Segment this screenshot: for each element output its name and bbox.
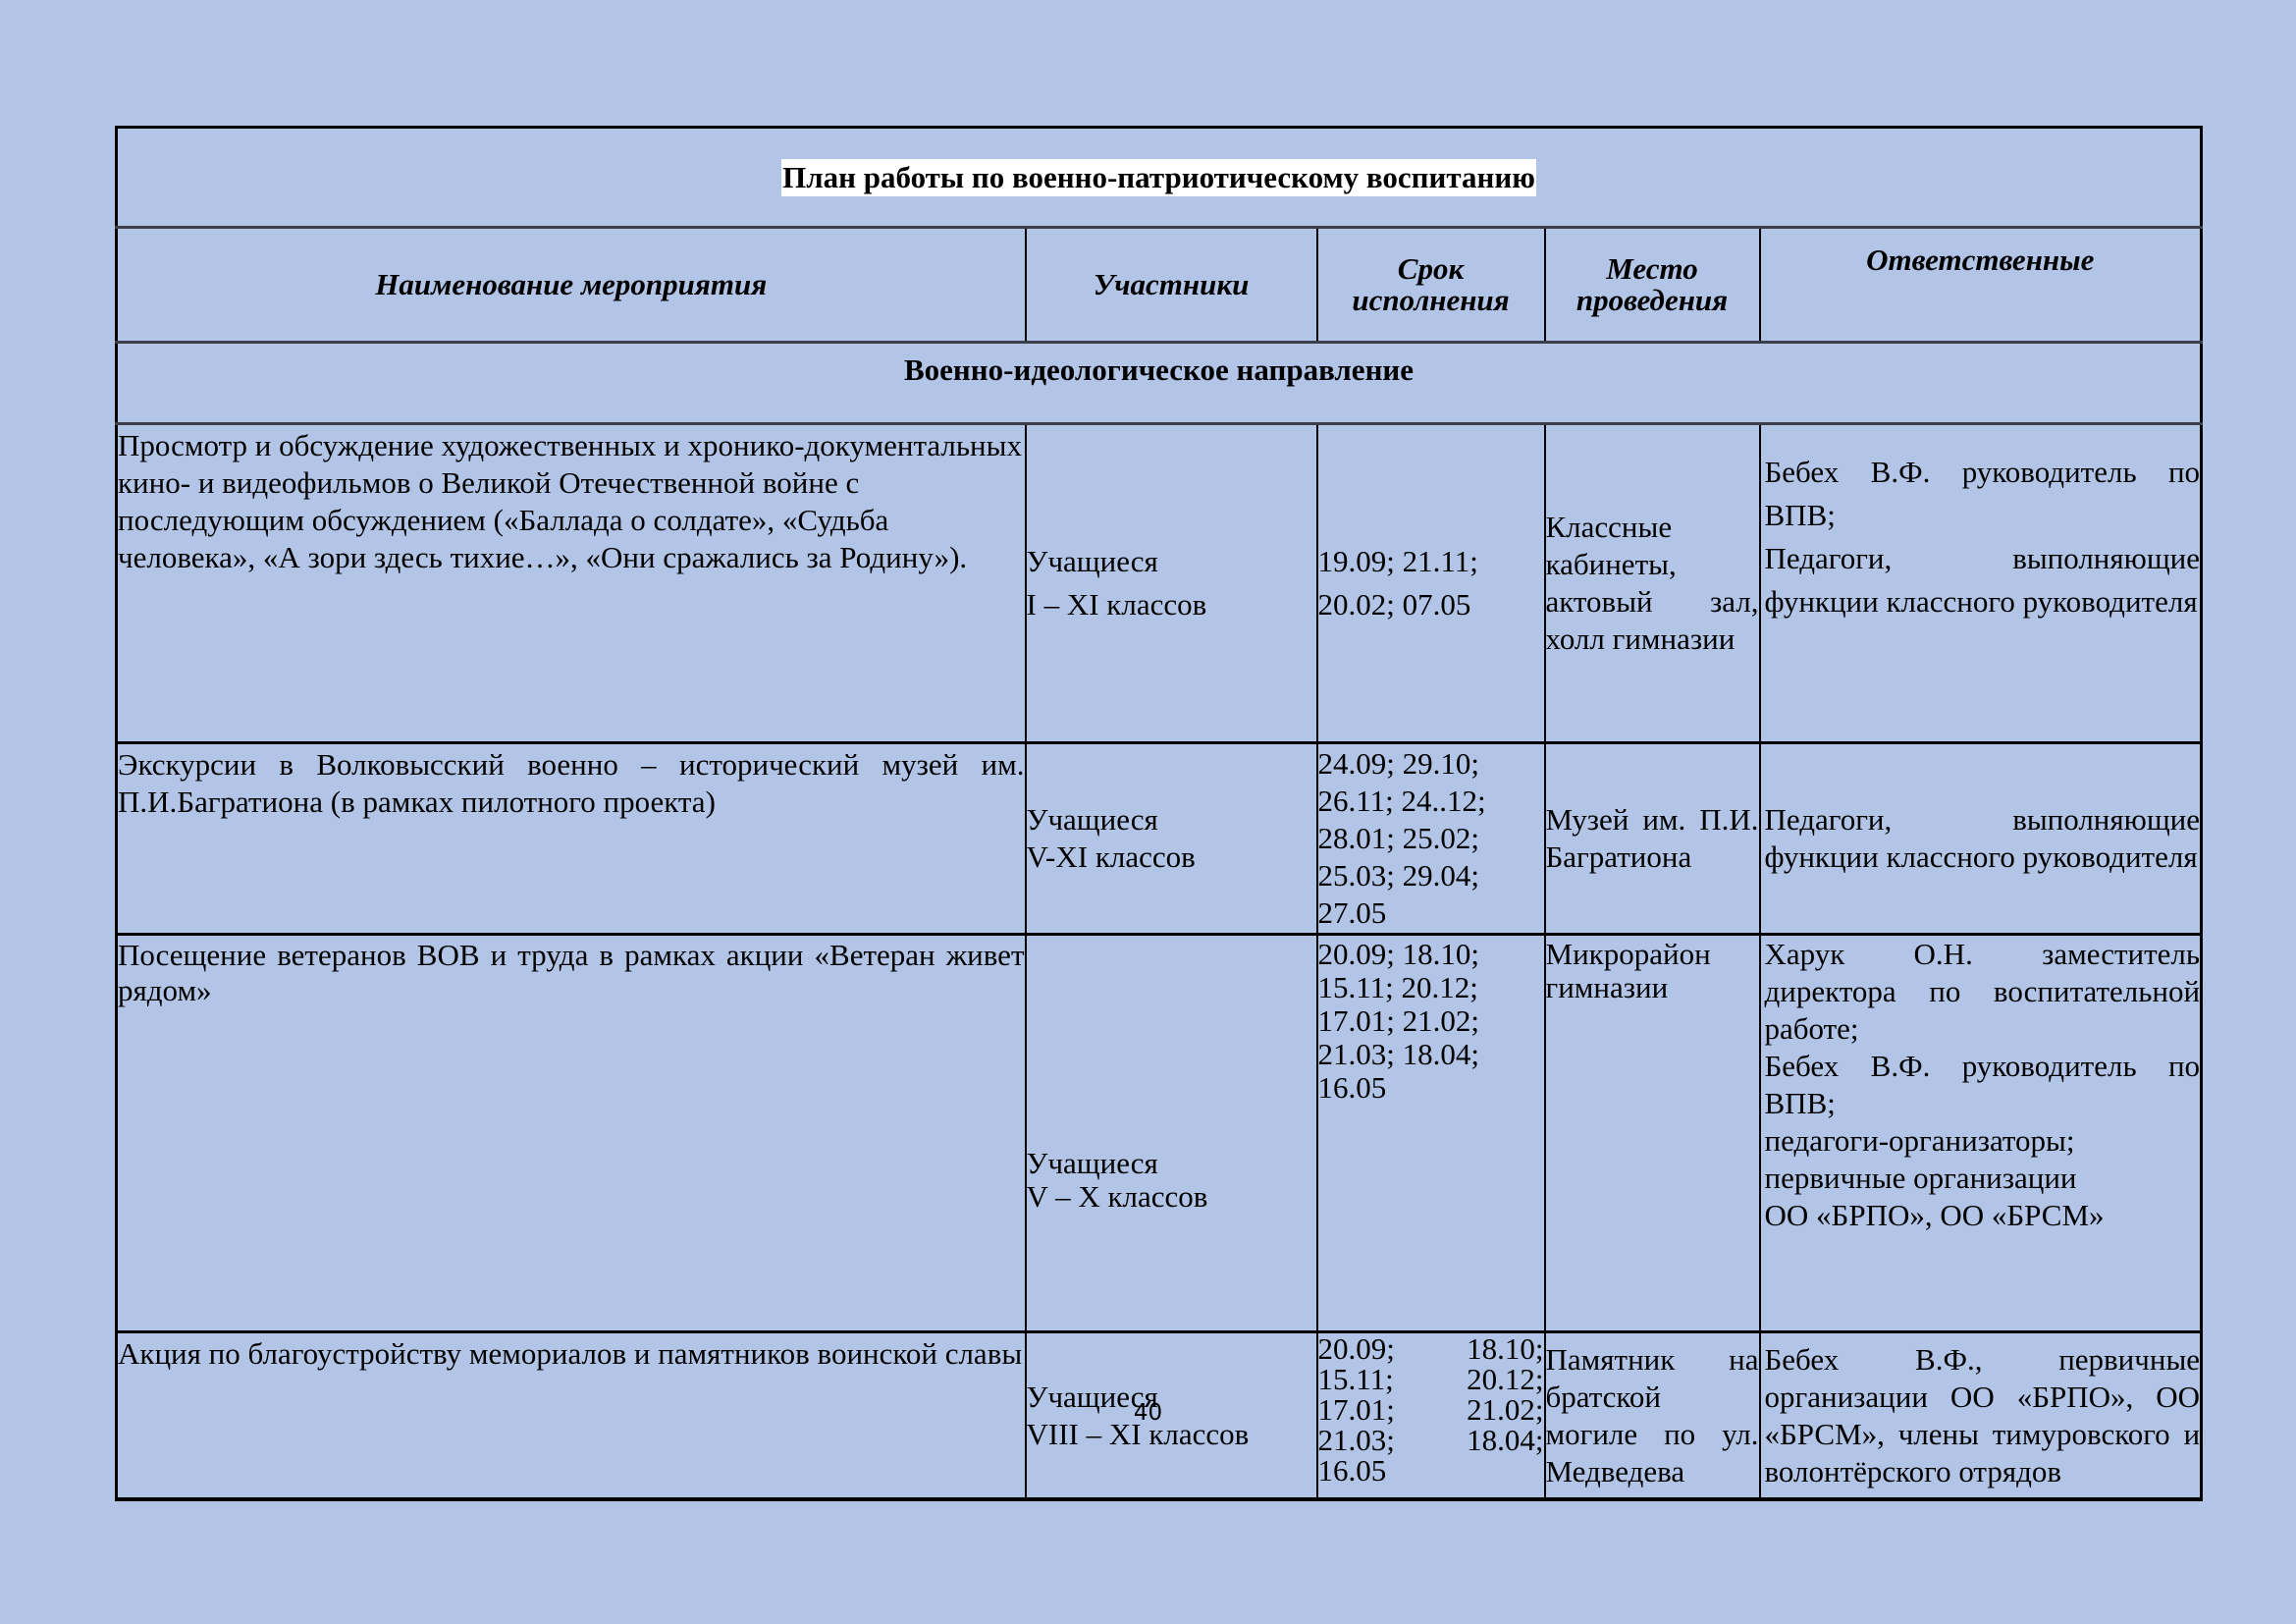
dates-line: 20.09; 18.10; xyxy=(1318,1333,1544,1364)
dates-line: 25.03; 29.04; xyxy=(1318,857,1544,894)
place-text: Микрорайон гимназии xyxy=(1546,937,1711,1004)
dates-line: 20.09; 18.10; xyxy=(1318,938,1544,971)
responsible-line: Педагоги, выполняющие функции классного … xyxy=(1765,537,2201,623)
dates-line: 15.11; 20.12; xyxy=(1318,1364,1544,1394)
dates-line: 21.03; 18.04; xyxy=(1318,1425,1544,1455)
place-text: Классные кабинеты, актовый зал, холл гим… xyxy=(1546,510,1759,656)
event-name: Экскурсии в Волковысский военно – истори… xyxy=(118,746,1025,821)
dates-cell: 20.09; 18.10; 15.11; 20.12; 17.01; 21.02… xyxy=(1317,935,1545,1332)
header-place: Место проведения xyxy=(1545,228,1760,343)
dates-line: 24.09; 29.10; xyxy=(1318,745,1544,783)
participants-line: V-XI классов xyxy=(1027,839,1316,876)
header-row: Наименование мероприятия Участники Срок … xyxy=(117,228,2202,343)
header-participants: Участники xyxy=(1026,228,1317,343)
section-row: Военно-идеологическое направление xyxy=(117,343,2202,424)
dates-line: 28.01; 25.02; xyxy=(1318,820,1544,857)
dates-line: 20.02; 07.05 xyxy=(1318,583,1544,626)
header-name: Наименование мероприятия xyxy=(117,228,1026,343)
participants-cell: Учащиеся V – X классов xyxy=(1026,935,1317,1332)
participants-line: Учащиеся xyxy=(1027,801,1316,839)
table-row: Экскурсии в Волковысский военно – истори… xyxy=(117,743,2202,935)
dates-line: 16.05 xyxy=(1318,1455,1544,1486)
section-title: Военно-идеологическое направление xyxy=(117,343,2202,424)
dates-line: 15.11; 20.12; xyxy=(1318,971,1544,1004)
participants-line: V – X классов xyxy=(1027,1180,1316,1214)
participants-cell: Учащиеся I – XI классов xyxy=(1026,424,1317,743)
header-place-text: Место проведения xyxy=(1564,253,1740,316)
responsible-line: ОО «БРПО», ОО «БРСМ» xyxy=(1765,1197,2201,1234)
place-cell: Музей им. П.И. Багратиона xyxy=(1545,743,1760,935)
dates-line: 17.01; 21.02; xyxy=(1318,1004,1544,1038)
document-title: План работы по военно-патриотическому во… xyxy=(781,159,1536,196)
table-row: Посещение ветеранов ВОВ и труда в рамках… xyxy=(117,935,2202,1332)
event-name-cell: Посещение ветеранов ВОВ и труда в рамках… xyxy=(117,935,1026,1332)
responsible-line: Харук О.Н. заместитель директора по восп… xyxy=(1765,936,2201,1048)
event-name-cell: Просмотр и обсуждение художественных и х… xyxy=(117,424,1026,743)
responsible-line: Бебех В.Ф. руководитель по ВПВ; xyxy=(1765,1048,2201,1122)
dates-line: 21.03; 18.04; xyxy=(1318,1038,1544,1071)
dates-cell: 24.09; 29.10; 26.11; 24..12; 28.01; 25.0… xyxy=(1317,743,1545,935)
responsible-line: первичные организации xyxy=(1765,1160,2201,1197)
dates-line: 16.05 xyxy=(1318,1071,1544,1105)
participants-line: Учащиеся xyxy=(1027,1147,1316,1180)
table-row: Просмотр и обсуждение художественных и х… xyxy=(117,424,2202,743)
place-cell: Классные кабинеты, актовый зал, холл гим… xyxy=(1545,424,1760,743)
event-name-cell: Экскурсии в Волковысский военно – истори… xyxy=(117,743,1026,935)
event-name: Акция по благоустройству мемориалов и па… xyxy=(118,1335,1025,1373)
event-name: Просмотр и обсуждение художественных и х… xyxy=(118,427,1025,576)
responsible-cell: Бебех В.Ф. руководитель по ВПВ; Педагоги… xyxy=(1760,424,2202,743)
dates-line: 27.05 xyxy=(1318,894,1544,932)
responsible-line: педагоги-организаторы; xyxy=(1765,1122,2201,1160)
header-deadline-text: Срок исполнения xyxy=(1343,253,1520,316)
participants-cell: Учащиеся V-XI классов xyxy=(1026,743,1317,935)
responsible-cell: Педагоги, выполняющие функции классного … xyxy=(1760,743,2202,935)
participants-line: Учащиеся xyxy=(1027,540,1316,583)
participants-line: I – XI классов xyxy=(1027,583,1316,626)
title-row: План работы по военно-патриотическому во… xyxy=(117,128,2202,228)
responsible-cell: Харук О.Н. заместитель директора по восп… xyxy=(1760,935,2202,1332)
dates-cell: 19.09; 21.11; 20.02; 07.05 xyxy=(1317,424,1545,743)
header-responsible: Ответственные xyxy=(1760,228,2202,343)
header-deadline: Срок исполнения xyxy=(1317,228,1545,343)
event-name: Посещение ветеранов ВОВ и труда в рамках… xyxy=(118,938,1025,1008)
place-cell: Микрорайон гимназии xyxy=(1545,935,1760,1332)
work-plan-table: План работы по военно-патриотическому во… xyxy=(115,126,2203,1501)
dates-line: 19.09; 21.11; xyxy=(1318,540,1544,583)
dates-line: 26.11; 24..12; xyxy=(1318,783,1544,820)
page-number: 40 xyxy=(0,1400,2296,1426)
responsible-line: Педагоги, выполняющие функции классного … xyxy=(1765,801,2201,876)
place-text: Музей им. П.И. Багратиона xyxy=(1546,802,1759,874)
responsible-line: Бебех В.Ф. руководитель по ВПВ; xyxy=(1765,451,2201,537)
title-cell: План работы по военно-патриотическому во… xyxy=(117,128,2202,228)
